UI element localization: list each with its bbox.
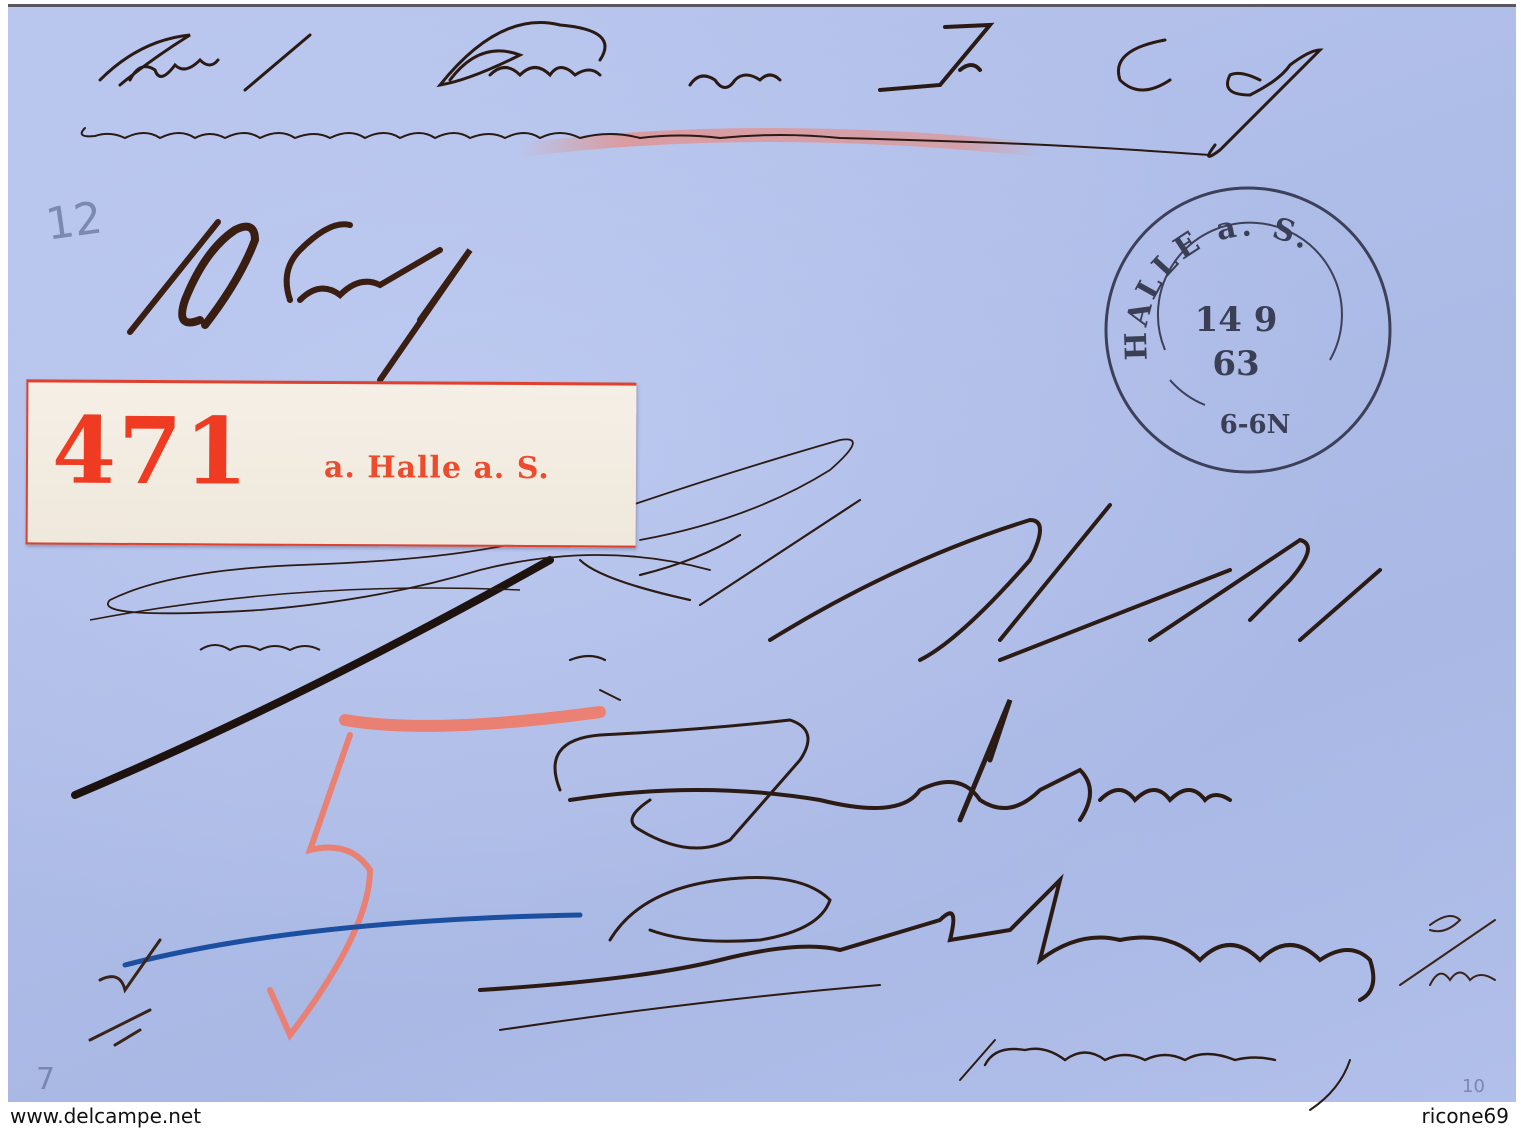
postmark-day-month: 14 9 bbox=[1176, 298, 1296, 342]
postmark-year: 63 bbox=[1176, 342, 1296, 386]
registration-label: 471 a. Halle a. S. bbox=[26, 379, 637, 547]
postmark-date: 14 9 63 bbox=[1176, 298, 1296, 386]
postmark-time: 6-6N bbox=[1200, 410, 1310, 440]
pencil-note-7: 7 bbox=[36, 1062, 55, 1097]
pencil-note-12: 12 bbox=[43, 192, 106, 250]
registration-number: 471 bbox=[52, 397, 251, 506]
watermark-seller: ricone69 bbox=[1422, 1104, 1509, 1128]
watermark-site: www.delcampe.net bbox=[10, 1104, 201, 1128]
registration-office: a. Halle a. S. bbox=[324, 450, 550, 486]
pencil-note-10: 10 bbox=[1462, 1076, 1485, 1097]
envelope-cover bbox=[8, 4, 1516, 1102]
